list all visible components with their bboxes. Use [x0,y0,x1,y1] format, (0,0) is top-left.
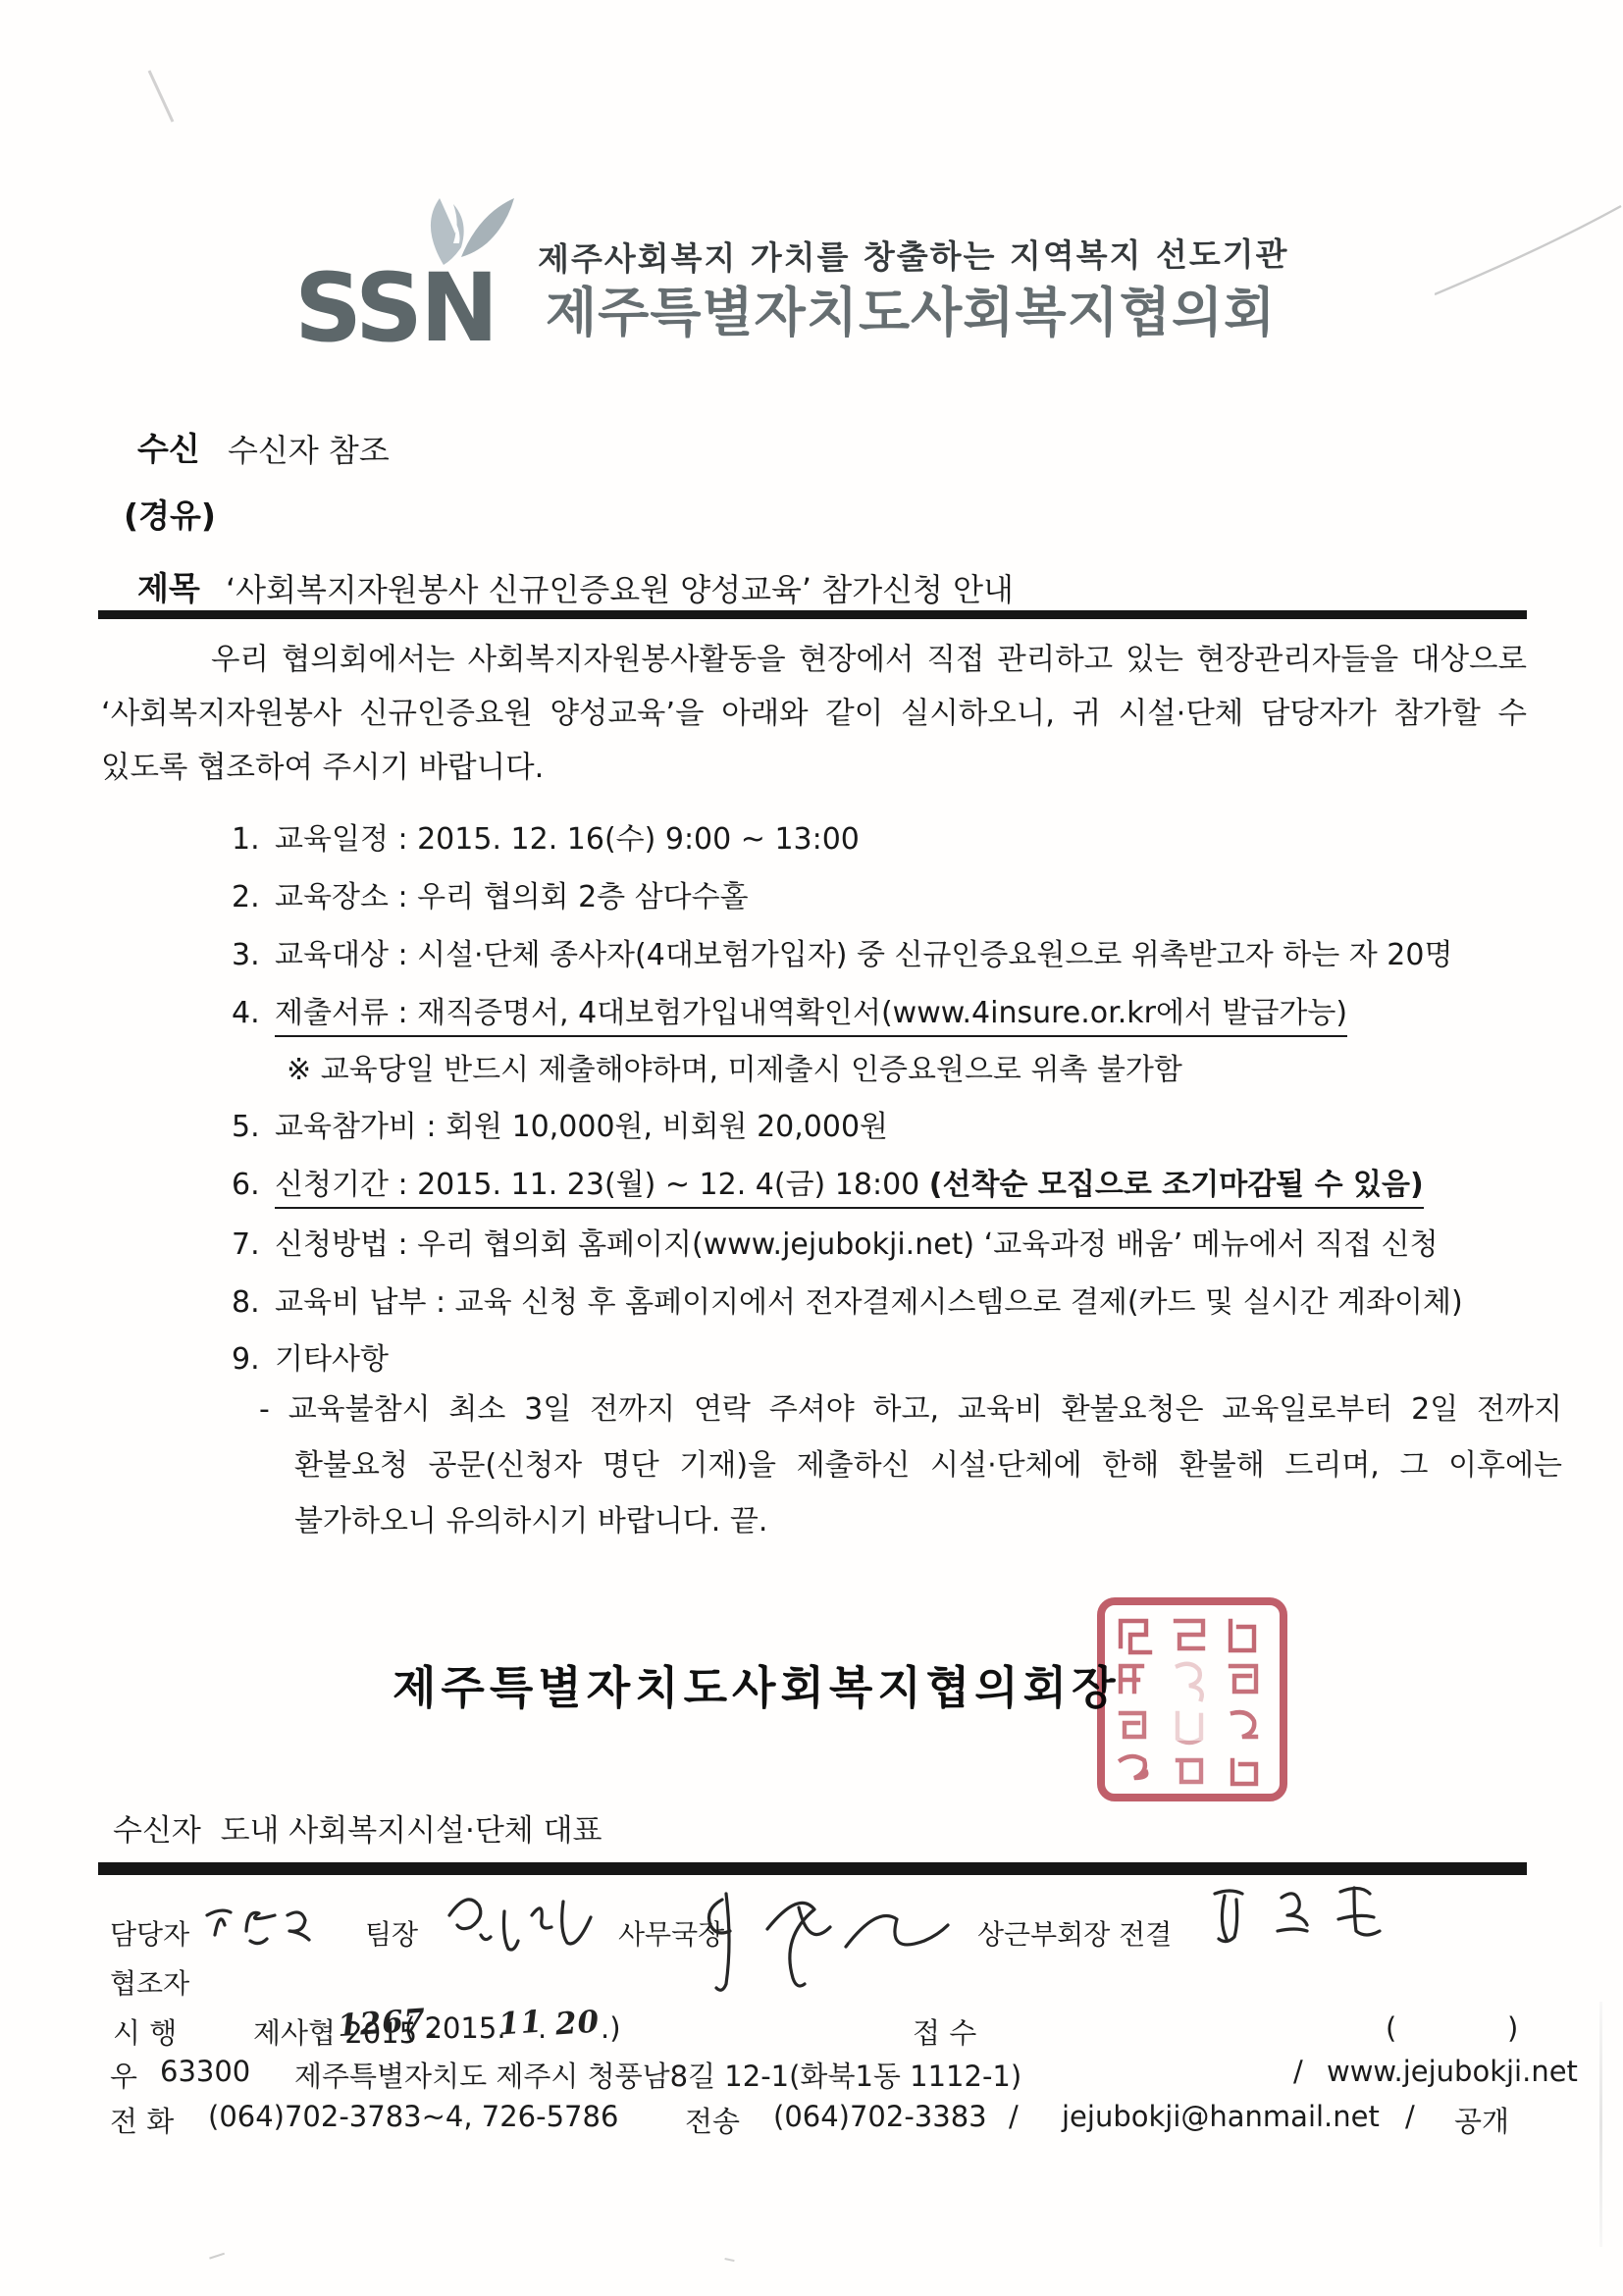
dash-text: 교육불참시 최소 3일 전까지 연락 주셔야 하고, 교육비 환불요청은 교육일… [288,1392,1562,1539]
item-number: 3. [232,938,275,972]
note-line: ※ 교육당일 반드시 제출해야하며, 미제출시 인증요원으로 위촉 불가함 [287,1045,1182,1088]
item-text: 기타사항 [275,1342,389,1377]
cooperator-label: 협조자 [110,1962,189,2002]
dispatch-dot: . [538,2011,547,2045]
divider-top [98,610,1527,619]
item-text: 교육대상 : 시설·단체 종사자(4대보험가입자) 중 신규인증요원으로 위촉받… [275,938,1452,972]
dispatch-label: 시 행 [113,2011,177,2052]
signature-timjang [440,1886,597,1962]
scan-artifact-speck2 [723,2258,734,2267]
zip-code: 63300 [160,2055,250,2088]
item-text: 교육일정 : 2015. 12. 16(수) 9:00 ~ 13:00 [275,822,860,857]
zip-label: 우 [110,2055,137,2095]
logo-text: SSN [294,261,496,355]
approver-role-timjang: 팀장 [365,1913,418,1953]
address-value: 제주특별자치도 제주시 청풍남8길 12-1(화북1동 1112-1) [294,2055,1021,2095]
address-slash: / [1293,2055,1303,2088]
item-number: 9. [232,1342,275,1377]
signature-damdangja [201,1896,319,1957]
item-text: 교육비 납부 : 교육 신청 후 홈페이지에서 전자결제시스템으로 결제(카드 … [275,1285,1463,1320]
list-item-8: 8.교육비 납부 : 교육 신청 후 홈페이지에서 전자결제시스템으로 결제(카… [232,1278,1463,1321]
item-number: 7. [232,1227,275,1262]
list-item-9: 9.기타사항 [232,1334,389,1378]
scan-artifact-topright [1435,204,1623,298]
item-text-prefix: 신청기간 : 2015. 11. 23(월) ~ 12. 4(금) 18:00 [275,1168,929,1202]
dispatch-date-close: .) [601,2011,621,2045]
signature-samugukjang [693,1886,960,2002]
scanned-official-letter: SSN 제주사회복지 가치를 창출하는 지역복지 선도기관 제주특별자치도사회복… [0,0,1623,2296]
item-number: 1. [232,822,275,857]
list-item-4: 4.제출서류 : 재직증명서, 4대보험가입내역확인서(www.4insure.… [232,988,1347,1031]
item-text: 신청방법 : 우리 협의회 홈페이지(www.jejubokji.net) ‘교… [275,1227,1439,1262]
approver-role-damdangja: 담당자 [110,1913,189,1953]
item-number: 6. [232,1168,275,1202]
receipt-paren-open: ( [1386,2011,1396,2045]
email-value: jejubokji@hanmail.net [1062,2100,1380,2133]
item-text: 교육참가비 : 회원 10,000원, 비회원 20,000원 [275,1110,888,1144]
dash-marker: - [259,1392,270,1427]
list-item-5: 5.교육참가비 : 회원 10,000원, 비회원 20,000원 [232,1102,888,1145]
fax-value: (064)702-3383 [773,2100,987,2133]
list-item-3: 3.교육대상 : 시설·단체 종사자(4대보험가입자) 중 신규인증요원으로 위… [232,930,1452,973]
recipients-label: 수신자 [113,1813,201,1849]
item-text-underlined: 제출서류 : 재직증명서, 4대보험가입내역확인서(www.4insure.or… [275,996,1347,1037]
list-item-1: 1.교육일정 : 2015. 12. 16(수) 9:00 ~ 13:00 [232,814,860,858]
scan-artifact-topleft [145,69,179,128]
divider-bottom [98,1862,1527,1875]
recipients-line: 수신자 도내 사회복지시설·단체 대표 [113,1805,602,1850]
subject-value: ‘사회복지자원봉사 신규인증요원 양성교육’ 참가신청 안내 [226,565,1014,610]
phone-label: 전 화 [110,2100,174,2140]
scan-artifact-speck [209,2253,227,2266]
organization-name: 제주특별자치도사회복지협의회 [546,287,1276,339]
signer-title: 제주특별자치도사회복지협의회장 [393,1652,1121,1717]
contact-slash-2: / [1405,2100,1415,2133]
contact-slash-1: / [1009,2100,1019,2133]
list-item-6: 6.신청기간 : 2015. 11. 23(월) ~ 12. 4(금) 18:0… [232,1160,1424,1203]
item-number: 8. [232,1285,275,1320]
receipt-label: 접 수 [913,2011,976,2052]
list-item-2: 2.교육장소 : 우리 협의회 2층 삼다수홀 [232,872,749,915]
item-text: 교육장소 : 우리 협의회 2층 삼다수홀 [275,880,749,914]
phone-value: (064)702-3783~4, 726-5786 [208,2100,618,2133]
item-number: 5. [232,1110,275,1144]
item-text-bold: (선착순 모집으로 조기마감될 수 있음) [929,1168,1424,1202]
subject-label: 제목 [137,563,200,609]
list-item-7: 7.신청방법 : 우리 협의회 홈페이지(www.jejubokji.net) … [232,1220,1439,1263]
body-paragraph: 우리 협의회에서는 사회복지자원봉사활동을 현장에서 직접 관리하고 있는 현장… [101,633,1527,795]
receipt-paren-close: ) [1507,2011,1518,2045]
note-marker: ※ [287,1053,311,1087]
disclosure-label: 공개 [1454,2100,1509,2140]
via-label: (경유) [124,491,216,537]
approver-role-bujang: 상근부회장 전결 [977,1913,1172,1953]
recipient-value: 수신자 참조 [228,426,390,471]
item-text-underlined: 신청기간 : 2015. 11. 23(월) ~ 12. 4(금) 18:00 … [275,1168,1424,1209]
item-number: 4. [232,996,275,1030]
slogan-text: 제주사회복지 가치를 창출하는 지역복지 선도기관 [538,229,1289,280]
recipients-value: 도내 사회복지시설·단체 대표 [221,1813,602,1849]
note-text: 교육당일 반드시 제출해야하며, 미제출시 인증요원으로 위촉 불가함 [321,1053,1182,1087]
item-number: 2. [232,880,275,914]
scan-artifact-streak [1599,2002,1602,2247]
sub-item-refund: - 교육불참시 최소 3일 전까지 연락 주셔야 하고, 교육비 환불요청은 교… [259,1382,1562,1549]
dispatch-date-open: ( 2015. [404,2011,506,2045]
website-url: www.jejubokji.net [1327,2055,1578,2088]
recipient-label: 수신 [137,424,200,470]
fax-label: 전송 [685,2100,740,2140]
signature-bujang [1203,1882,1389,1968]
official-seal-stamp [1095,1595,1289,1803]
dispatch-day-handwritten: 20 [554,2004,602,2042]
